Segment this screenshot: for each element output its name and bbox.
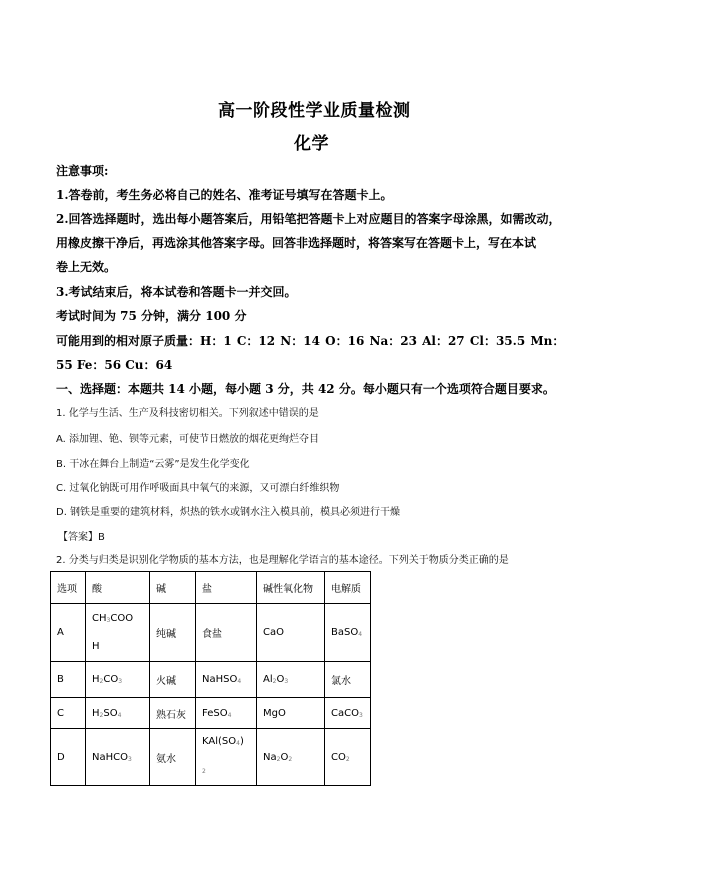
exam-time: 考试时间为 75 分钟，满分 100 分 (56, 307, 246, 324)
row-c-acid: H2SO4 (86, 698, 150, 729)
row-d-base: 氨水 (150, 729, 196, 786)
table-row: A CH3COOH 纯碱 食盐 CaO BaSO4 (51, 604, 371, 662)
row-a-base: 纯碱 (150, 604, 196, 662)
atomic-masses-line-1: 可能用到的相对原子质量：H：1 C：12 N：14 O：16 Na：23 Al：… (56, 332, 564, 349)
row-a-electrolyte: BaSO4 (325, 604, 371, 662)
row-c-salt: FeSO4 (196, 698, 257, 729)
row-d-option: D (51, 729, 86, 786)
row-d-electrolyte: CO2 (325, 729, 371, 786)
question-1-answer: 【答案】B (58, 528, 105, 543)
row-b-salt: NaHSO4 (196, 662, 257, 698)
row-b-option: B (51, 662, 86, 698)
row-b-base: 火碱 (150, 662, 196, 698)
table-header-row: 选项 酸 碱 盐 碱性氧化物 电解质 (51, 572, 371, 604)
notice-item-3: 3.考试结束后，将本试卷和答题卡一并交回。 (56, 283, 297, 300)
row-d-acid: NaHCO3 (86, 729, 150, 786)
question-1-option-b: B. 干冰在舞台上制造“云雾”是发生化学变化 (56, 455, 250, 470)
section-1-heading: 一、选择题：本题共 14 小题，每小题 3 分，共 42 分。每小题只有一个选项… (56, 380, 555, 397)
question-1-option-d: D. 钢铁是重要的建筑材料，炽热的铁水或钢水注入模具前，模具必须进行干燥 (56, 503, 400, 518)
header-acid: 酸 (86, 572, 150, 604)
row-c-option: C (51, 698, 86, 729)
row-a-acid: CH3COOH (86, 604, 150, 662)
table-row: B H2CO3 火碱 NaHSO4 Al2O3 氯水 (51, 662, 371, 698)
row-c-electrolyte: CaCO3 (325, 698, 371, 729)
header-base: 碱 (150, 572, 196, 604)
row-b-acid: H2CO3 (86, 662, 150, 698)
row-b-basic-oxide: Al2O3 (257, 662, 325, 698)
question-1-stem: 1. 化学与生活、生产及科技密切相关。下列叙述中错误的是 (56, 404, 319, 419)
classification-table: 选项 酸 碱 盐 碱性氧化物 电解质 A CH3COOH 纯碱 食盐 CaO B… (50, 571, 371, 786)
row-c-basic-oxide: MgO (257, 698, 325, 729)
atomic-masses-line-2: 55 Fe：56 Cu：64 (56, 356, 172, 373)
row-d-salt: KAl(SO4)2 (196, 729, 257, 786)
subject-title: 化学 (294, 129, 329, 154)
header-basic-oxide: 碱性氧化物 (257, 572, 325, 604)
exam-title: 高一阶段性学业质量检测 (218, 96, 411, 121)
row-a-basic-oxide: CaO (257, 604, 325, 662)
question-1-option-c: C. 过氧化钠既可用作呼吸面具中氧气的来源，又可漂白纤维织物 (56, 479, 339, 494)
notice-item-1: 1.答卷前，考生务必将自己的姓名、准考证号填写在答题卡上。 (56, 186, 393, 203)
notice-heading: 注意事项: (56, 162, 108, 179)
table-row: C H2SO4 熟石灰 FeSO4 MgO CaCO3 (51, 698, 371, 729)
header-option: 选项 (51, 572, 86, 604)
notice-item-2-line-2: 用橡皮擦干净后，再选涂其他答案字母。回答非选择题时，将答案写在答题卡上，写在本试 (56, 234, 536, 251)
header-salt: 盐 (196, 572, 257, 604)
row-a-option: A (51, 604, 86, 662)
table-row: D NaHCO3 氨水 KAl(SO4)2 Na2O2 CO2 (51, 729, 371, 786)
row-b-electrolyte: 氯水 (325, 662, 371, 698)
row-a-salt: 食盐 (196, 604, 257, 662)
row-c-base: 熟石灰 (150, 698, 196, 729)
notice-item-2-line-1: 2.回答选择题时，选出每小题答案后，用铅笔把答题卡上对应题目的答案字母涂黑，如需… (56, 210, 561, 227)
header-electrolyte: 电解质 (325, 572, 371, 604)
row-d-basic-oxide: Na2O2 (257, 729, 325, 786)
question-1-option-a: A. 添加锂、铯、钡等元素，可使节日燃放的烟花更绚烂夺目 (56, 430, 319, 445)
question-2-stem: 2. 分类与归类是识别化学物质的基本方法，也是理解化学语言的基本途径。下列关于物… (56, 551, 509, 566)
notice-item-2-line-3: 卷上无效。 (56, 258, 116, 275)
